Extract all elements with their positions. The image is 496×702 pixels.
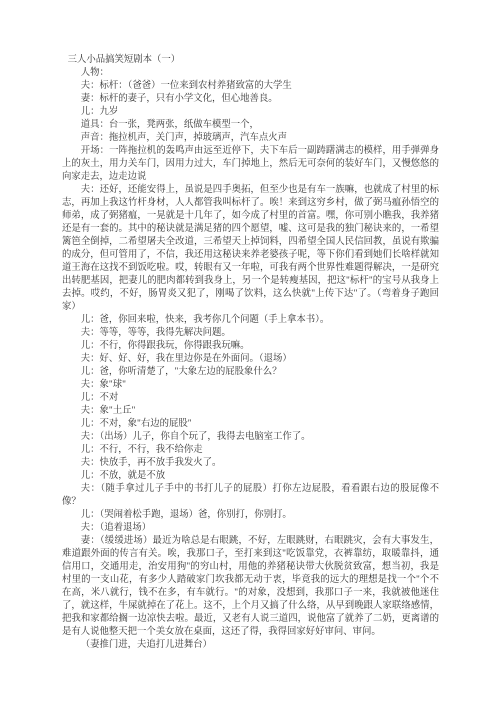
- dialogue-line: 夫：象"土丘": [62, 405, 439, 418]
- dialogue-line: 儿：不对，象"右边的屁股": [62, 418, 439, 431]
- dialogue-line: 夫：（随手拿过儿子手中的书打儿子的屁股）打你左边屁股，看看跟右边的股屁像不像？: [62, 483, 439, 509]
- cast-line-wife: 妻：标杆的妻子，只有小学文化，但心地善良。: [62, 93, 439, 106]
- document-page: 三人小品搞笑短剧本（一） 人物： 夫：标杆：（爸爸）一位来到农村养猪致富的大学生…: [0, 0, 496, 702]
- cast-line-husband: 夫：标杆：（爸爸）一位来到农村养猪致富的大学生: [62, 80, 439, 93]
- doc-title: 三人小品搞笑短剧本（一）: [62, 54, 439, 67]
- cast-heading: 人物：: [62, 67, 439, 80]
- closing-stage-direction: （妻推门进，夫追打儿进舞台）: [62, 639, 439, 652]
- dialogue-line: 夫：好、好、好，我在里边你是在外面问。（退场）: [62, 353, 439, 366]
- dialogue-line: 夫：等等，等等，我得先解决问题。: [62, 327, 439, 340]
- wife-monologue: 妻：（缓缓进场）最近为啥总是右眼跳，不好，左眼跳财，右眼跳灾，会有大事发生，难道…: [62, 535, 439, 639]
- dialogue-line: 儿：不行，你得跟我玩，你得跟我玩嘛。: [62, 340, 439, 353]
- dialogue-line: 儿：不对: [62, 392, 439, 405]
- script-document: 三人小品搞笑短剧本（一） 人物： 夫：标杆：（爸爸）一位来到农村养猪致富的大学生…: [62, 54, 439, 652]
- dialogue-line: 儿：不行，不行，我不给你走: [62, 444, 439, 457]
- dialogue-line: 儿：不放，就是不放: [62, 470, 439, 483]
- opening-stage-direction: 开场：一阵拖拉机的轰鸣声由远至近停下，夫下车后一副踌躇满志的模样，用手弹弹身上的…: [62, 145, 439, 184]
- dialogue-line: 夫：（追着退场）: [62, 522, 439, 535]
- dialogue-line: 儿：爸，你听清楚了，"大象左边的屁股象什么？: [62, 366, 439, 379]
- cast-line-son: 儿：九岁: [62, 106, 439, 119]
- props-line: 道具：台一张，凳两张，纸做车模型一个，: [62, 119, 439, 132]
- husband-monologue: 夫：还好，还能安得上，虽说是四手奥拓，但至少也是有车一族嘛，也就成了村里的标志，…: [62, 184, 439, 314]
- sound-line: 声音：拖拉机声，关门声，掉玻璃声，汽车点火声: [62, 132, 439, 145]
- dialogue-line: 儿：（哭闹着松手跑，退场）爸，你别打，你别打。: [62, 509, 439, 522]
- dialogue-line: 夫：（出场）儿子，你自个玩了，我得去电脑室工作了。: [62, 431, 439, 444]
- dialogue-line: 夫：象"球": [62, 379, 439, 392]
- dialogue-line: 夫：快放手，再不放手我发火了。: [62, 457, 439, 470]
- dialogue-line: 儿：爸，你回来啦，快来，我考你几个问题（手上拿本书）。: [62, 314, 439, 327]
